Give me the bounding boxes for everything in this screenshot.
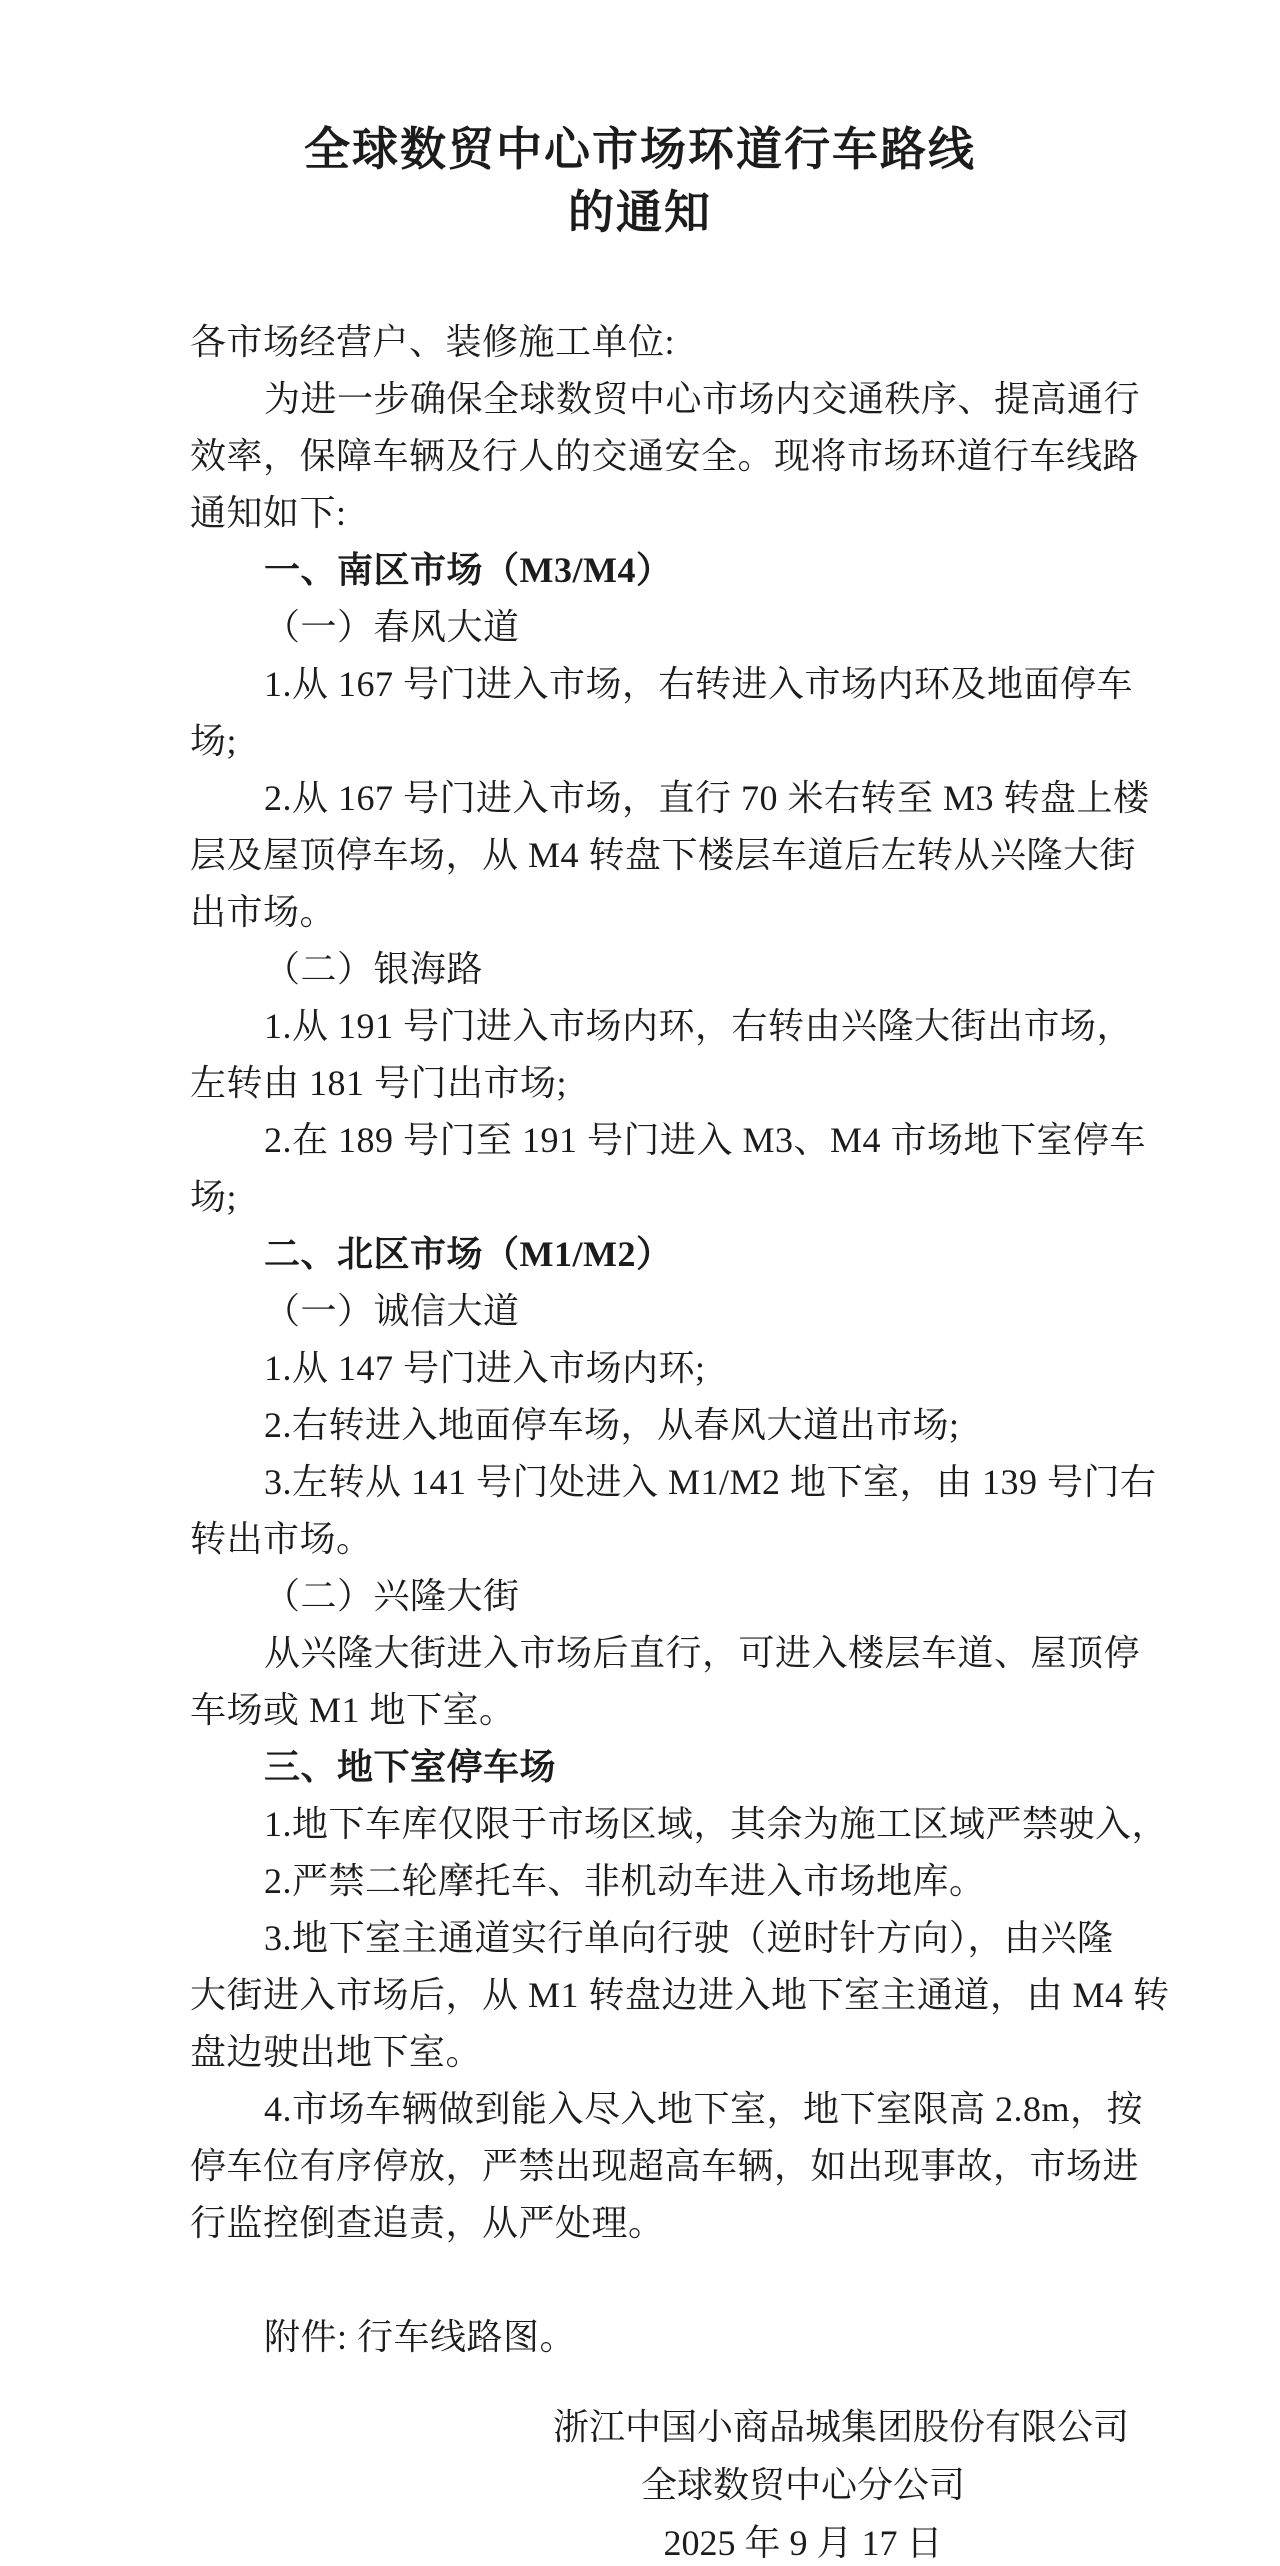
body-line: 转出市场。 <box>190 1511 1170 1568</box>
document-title: 全球数贸中心市场环道行车路线 的通知 <box>0 118 1280 244</box>
notice-document-page: 全球数贸中心市场环道行车路线 的通知 各市场经营户、装修施工单位:为进一步确保全… <box>0 0 1280 2566</box>
body-line: 2.在 189 号门至 191 号门进入 M3、M4 市场地下室停车 <box>190 1112 1170 1169</box>
body-line: 1.从 167 号门进入市场，右转进入市场内环及地面停车 <box>190 656 1170 713</box>
body-line: 2.严禁二轮摩托车、非机动车进入市场地库。 <box>190 1853 1170 1910</box>
body-line: 大街进入市场后，从 M1 转盘边进入地下室主通道，由 M4 转 <box>190 1967 1170 2024</box>
document-body: 各市场经营户、装修施工单位:为进一步确保全球数贸中心市场内交通秩序、提高通行效率… <box>190 314 1170 2366</box>
body-line: （一）诚信大道 <box>190 1283 1170 1340</box>
title-line-1: 全球数贸中心市场环道行车路线 <box>0 118 1280 181</box>
signature-block: 浙江中国小商品城集团股份有限公司 全球数贸中心分公司 2025 年 9 月 17… <box>553 2398 1053 2566</box>
body-line: 出市场。 <box>190 884 1170 941</box>
body-line: 通知如下: <box>190 485 1170 542</box>
body-line: 行监控倒查追责，从严处理。 <box>190 2195 1170 2252</box>
company-name: 浙江中国小商品城集团股份有限公司 <box>553 2398 1053 2456</box>
body-line: 停车位有序停放，严禁出现超高车辆，如出现事故，市场进 <box>190 2138 1170 2195</box>
body-line: 从兴隆大街进入市场后直行，可进入楼层车道、屋顶停 <box>190 1625 1170 1682</box>
body-line: 3.地下室主通道实行单向行驶（逆时针方向），由兴隆 <box>190 1910 1170 1967</box>
body-line: 左转由 181 号门出市场; <box>190 1055 1170 1112</box>
body-line: 各市场经营户、装修施工单位: <box>190 314 1170 371</box>
blank-line <box>190 2252 1170 2309</box>
body-line: （二）兴隆大街 <box>190 1568 1170 1625</box>
body-line: 盘边驶出地下室。 <box>190 2024 1170 2081</box>
body-line: 效率，保障车辆及行人的交通安全。现将市场环道行车线路 <box>190 428 1170 485</box>
body-line: （一）春风大道 <box>190 599 1170 656</box>
body-line: 场; <box>190 1169 1170 1226</box>
body-line: 场; <box>190 713 1170 770</box>
title-line-2: 的通知 <box>0 181 1280 244</box>
body-line: 2.右转进入地面停车场，从春风大道出市场; <box>190 1397 1170 1454</box>
body-line: 1.地下车库仅限于市场区域，其余为施工区域严禁驶入， <box>190 1796 1170 1853</box>
body-line: 1.从 191 号门进入市场内环，右转由兴隆大街出市场， <box>190 998 1170 1055</box>
body-line: 2.从 167 号门进入市场，直行 70 米右转至 M3 转盘上楼 <box>190 770 1170 827</box>
body-line: 一、南区市场（M3/M4） <box>190 542 1170 599</box>
body-line: 附件: 行车线路图。 <box>190 2309 1170 2366</box>
body-line: 1.从 147 号门进入市场内环; <box>190 1340 1170 1397</box>
body-line: 三、地下室停车场 <box>190 1739 1170 1796</box>
body-line: 二、北区市场（M1/M2） <box>190 1226 1170 1283</box>
body-line: 4.市场车辆做到能入尽入地下室，地下室限高 2.8m，按 <box>190 2081 1170 2138</box>
body-line: 为进一步确保全球数贸中心市场内交通秩序、提高通行 <box>190 371 1170 428</box>
body-line: 车场或 M1 地下室。 <box>190 1682 1170 1739</box>
branch-name: 全球数贸中心分公司 <box>553 2456 1053 2514</box>
body-line: 3.左转从 141 号门处进入 M1/M2 地下室，由 139 号门右 <box>190 1454 1170 1511</box>
body-line: （二）银海路 <box>190 941 1170 998</box>
signature-date: 2025 年 9 月 17 日 <box>553 2514 1053 2566</box>
body-line: 层及屋顶停车场，从 M4 转盘下楼层车道后左转从兴隆大街 <box>190 827 1170 884</box>
